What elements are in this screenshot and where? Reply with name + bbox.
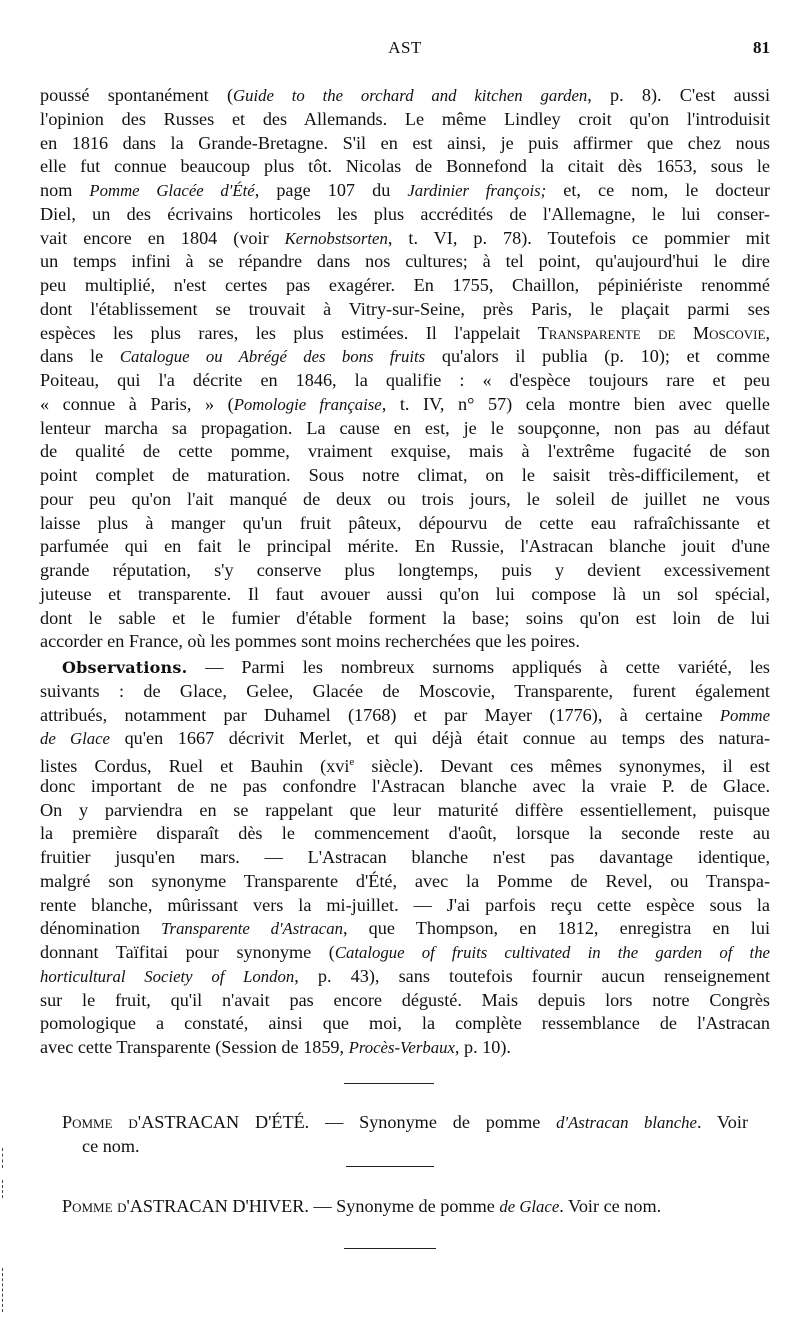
text-line: de qualité de cette pomme, vraiment exqu… (40, 440, 770, 464)
entry-headword-prefix: Pomme d' (62, 1112, 141, 1132)
text-line: dénomination Transparente d'Astracan, qu… (40, 917, 770, 941)
entry-line: Pomme d'ASTRACAN D'ÉTÉ. — Synonyme de po… (62, 1110, 748, 1134)
text-line: elle fut connue beaucoup plus tôt. Nicol… (40, 155, 770, 179)
text-line: point complet de maturation. Sous notre … (40, 464, 770, 488)
text-line: laisse plus à manger qu'un fruit pâteux,… (40, 512, 770, 536)
text-line: de Glace qu'en 1667 décrivit Merlet, et … (40, 727, 770, 751)
entry-headword-prefix: Pomme d' (62, 1196, 130, 1216)
text-line: vait encore en 1804 (voir Kernobstsorten… (40, 227, 770, 251)
text-line: fruitier jusqu'en mars. — L'Astracan bla… (40, 846, 770, 870)
text-line: Poiteau, qui l'a décrite en 1846, la qua… (40, 369, 770, 393)
text-line: un temps infini à se répandre dans nos c… (40, 250, 770, 274)
page-header: AST 81 (40, 38, 770, 62)
text-line: sur le fruit, qu'il n'avait pas encore d… (40, 989, 770, 1013)
text-line: avec cette Transparente (Session de 1859… (40, 1036, 770, 1060)
text-line: dont l'établissement se trouvait à Vitry… (40, 298, 770, 322)
entry-headword: ASTRACAN D'ÉTÉ. (141, 1112, 309, 1132)
section-divider (346, 1166, 434, 1167)
text-line: Diel, un des écrivains horticoles les pl… (40, 203, 770, 227)
section-divider (344, 1248, 436, 1249)
text-line: accorder en France, où les pommes sont m… (40, 630, 770, 654)
entry-line: Pomme d'ASTRACAN D'HIVER. — Synonyme de … (62, 1194, 748, 1218)
text-line: lenteur marcha sa propagation. La cause … (40, 417, 770, 441)
text-line: juteuse et transparente. Il faut avouer … (40, 583, 770, 607)
text-line: poussé spontanément (Guide to the orchar… (40, 84, 770, 108)
text-line: nom Pomme Glacée d'Été, page 107 du Jard… (40, 179, 770, 203)
observations-label: Observations. (62, 658, 187, 677)
text-line: On y parviendra en se rappelant que leur… (40, 799, 770, 823)
entry-astracan-ete: Pomme d'ASTRACAN D'ÉTÉ. — Synonyme de po… (62, 1110, 748, 1158)
text-line: donc important de ne pas confondre l'Ast… (40, 775, 770, 799)
scan-edge-mark (2, 1180, 4, 1198)
text-line: espèces les plus rares, les plus estimée… (40, 322, 770, 346)
text-line: rente blanche, mûrissant vers la mi-juil… (40, 894, 770, 918)
text-line: dont le sable et le fumier d'étable form… (40, 607, 770, 631)
entry-continuation: ce nom. (62, 1134, 748, 1158)
paragraph-observations: Observations. — Parmi les nombreux surno… (40, 656, 770, 1060)
page-number: 81 (753, 38, 770, 58)
entry-astracan-hiver: Pomme d'ASTRACAN D'HIVER. — Synonyme de … (62, 1194, 748, 1218)
text-line: pour peu qu'on l'ait manqué de deux ou t… (40, 488, 770, 512)
text-line: donnant Taïfitai pour synonyme (Catalogu… (40, 941, 770, 965)
scan-edge-mark (2, 1268, 4, 1312)
running-head: AST (40, 38, 770, 58)
entry-headword: ASTRACAN D'HIVER. (130, 1196, 309, 1216)
text-line: horticultural Society of London, p. 43),… (40, 965, 770, 989)
text-line: peu multiplié, n'est certes pas exagérer… (40, 274, 770, 298)
text-line: pomologique a constaté, ainsi que moi, l… (40, 1012, 770, 1036)
section-divider (344, 1083, 434, 1084)
text-line: « connue à Paris, » (Pomologie française… (40, 393, 770, 417)
text-line: en 1816 dans la Grande-Bretagne. S'il en… (40, 132, 770, 156)
text-line: dans le Catalogue ou Abrégé des bons fru… (40, 345, 770, 369)
text-line: l'opinion des Russes et des Allemands. L… (40, 108, 770, 132)
scan-edge-mark (2, 1148, 4, 1168)
text-line: suivants : de Glace, Gelee, Glacée de Mo… (40, 680, 770, 704)
paragraph-main: poussé spontanément (Guide to the orchar… (40, 84, 770, 654)
text-line: parfumée qui en fait le principal mérite… (40, 535, 770, 559)
text-line: Observations. — Parmi les nombreux surno… (40, 656, 770, 680)
text-line: malgré son synonyme Transparente d'Été, … (40, 870, 770, 894)
text-line: attribués, notamment par Duhamel (1768) … (40, 704, 770, 728)
text-line: listes Cordus, Ruel et Bauhin (xvie sièc… (40, 751, 770, 775)
text-line: la première disparaît dès le commencemen… (40, 822, 770, 846)
text-line: grande réputation, s'y conserve plus lon… (40, 559, 770, 583)
